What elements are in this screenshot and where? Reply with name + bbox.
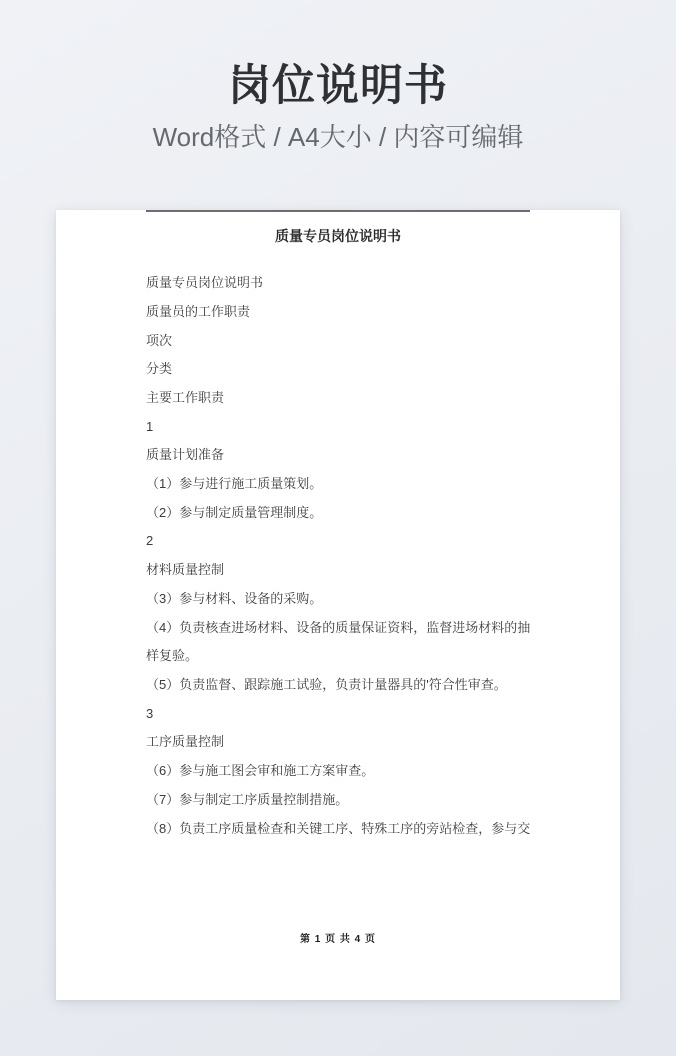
document-page: 质量专员岗位说明书 质量专员岗位说明书质量员的工作职责项次分类主要工作职责1质量…: [56, 210, 620, 1000]
document-line: 材料质量控制: [146, 556, 530, 585]
document-line: （8）负责工序质量检查和关键工序、特殊工序的旁站检查，参与交: [146, 815, 530, 844]
document-line: 质量计划准备: [146, 441, 530, 470]
document-line: 2: [146, 527, 530, 556]
document-body: 质量专员岗位说明书质量员的工作职责项次分类主要工作职责1质量计划准备（1）参与进…: [146, 269, 530, 843]
document-line: （1）参与进行施工质量策划。: [146, 470, 530, 499]
document-line: 1: [146, 413, 530, 442]
banner: 岗位说明书 Word格式 / A4大小 / 内容可编辑: [0, 0, 676, 152]
document-line: 分类: [146, 355, 530, 384]
document-line: （3）参与材料、设备的采购。: [146, 585, 530, 614]
banner-subtitle: Word格式 / A4大小 / 内容可编辑: [0, 122, 676, 152]
horizontal-divider: [146, 210, 530, 212]
document-line: 3: [146, 700, 530, 729]
document-line: 样复验。: [146, 642, 530, 671]
document-line: 工序质量控制: [146, 728, 530, 757]
document-line: 质量专员岗位说明书: [146, 269, 530, 298]
banner-title: 岗位说明书: [0, 64, 676, 109]
document-line: 主要工作职责: [146, 384, 530, 413]
document-line: （7）参与制定工序质量控制措施。: [146, 786, 530, 815]
document-line: （4）负责核查进场材料、设备的质量保证资料，监督进场材料的抽: [146, 614, 530, 643]
document-line: （6）参与施工图会审和施工方案审查。: [146, 757, 530, 786]
document-title: 质量专员岗位说明书: [146, 228, 530, 244]
document-line: （5）负责监督、跟踪施工试验，负责计量器具的'符合性审查。: [146, 671, 530, 700]
page-background: { "banner": { "title": "岗位说明书", "subtitl…: [0, 0, 676, 1056]
document-line: 项次: [146, 327, 530, 356]
page-number-footer: 第 1 页 共 4 页: [56, 933, 620, 947]
document-line: （2）参与制定质量管理制度。: [146, 499, 530, 528]
document-line: 质量员的工作职责: [146, 298, 530, 327]
